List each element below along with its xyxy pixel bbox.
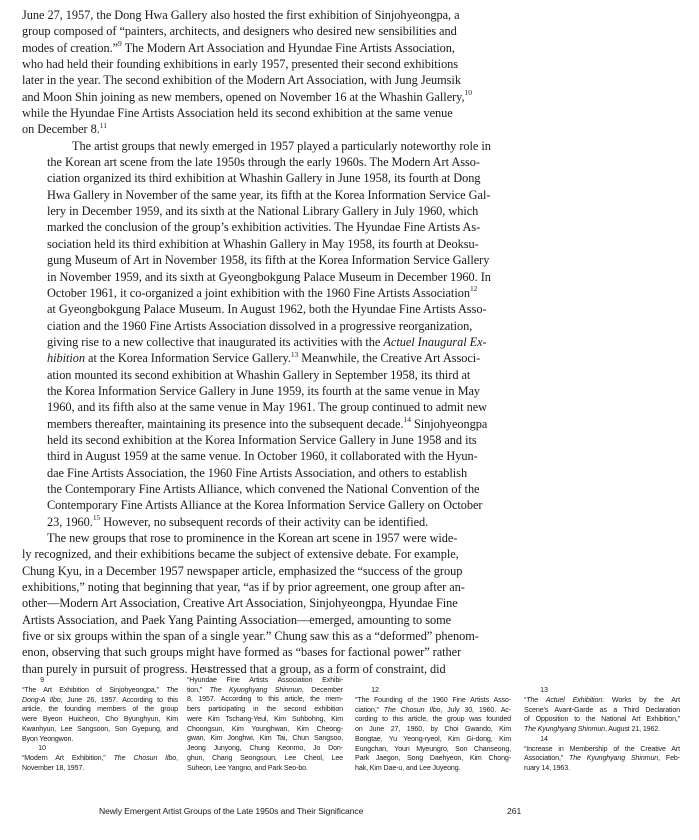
text-segment: 23, 1960. — [47, 515, 93, 529]
exhibition-title: Actuel Inaugural Ex- — [383, 335, 486, 349]
footnote-line: “Hyundae Fine Artists Association Exhibi… — [187, 676, 343, 686]
footnote-11: 11 “Hyundae Fine Artists Association Exh… — [187, 666, 343, 773]
text-line: ation mounted its second exhibition at W… — [22, 367, 369, 383]
footnote-line: hak, Kim Dae-u, and Lee Juyeong. — [355, 764, 511, 774]
paragraph-3: The new groups that rose to prominence i… — [22, 530, 369, 677]
footnote-line: Park Jaegon, Song Daehyeon, Kim Chong- — [355, 754, 511, 764]
text-segment: Association,” — [524, 754, 569, 762]
footnote-9: 9 “The Art Exhibition of Sinjohyeongpa,”… — [22, 676, 178, 744]
text-segment: , August 21, 1962. — [605, 725, 660, 733]
text-line: 1960, and its fifth also at the same ven… — [22, 399, 369, 415]
footnote-column-4: 13 “The Actuel Exhibition: Works by the … — [524, 686, 680, 774]
text-line: Artists Association, and Paek Yang Paint… — [22, 612, 369, 628]
publication-title: The Kyunghyang Shinmun — [210, 686, 302, 694]
text-segment: : Works by the Art — [602, 696, 680, 704]
publication-title: Dong-A Ilbo — [22, 696, 61, 704]
publication-title: The Kyunghyang Shinmun — [569, 754, 658, 762]
publication-title: The Kyunghyang Shinmun — [524, 725, 605, 733]
footnote-line: were Kim Tschang-Yeul, Kim Suhbohng, Kim — [187, 715, 343, 725]
footnote-line: Kwanhyun, Lee Sangsoon, Son Gyepung, and — [22, 725, 178, 735]
text-line: marked the conclusion of the group’s exh… — [22, 219, 369, 235]
text-segment: October 1961, it co-organized a joint ex… — [47, 286, 470, 300]
text-line: and Moon Shin joining as new members, op… — [22, 89, 369, 105]
footnote-number: 11 — [187, 666, 227, 676]
publication-title: The Chosun Ilbo — [114, 754, 177, 762]
footnote-line: “The Actuel Exhibition: Works by the Art — [524, 696, 680, 706]
text-line: hibition at the Korea Information Servic… — [22, 350, 369, 366]
text-segment: Sinjohyeongpa — [411, 417, 487, 431]
text-line: ciation and the 1960 Fine Artists Associ… — [22, 318, 369, 334]
footnote-line: Bongtae, Yu Yeong-ryeol, Kim Gi-dong, Ki… — [355, 735, 511, 745]
footnote-line: were Byeon Huicheon, Cho Byunghyun, Kim — [22, 715, 178, 725]
footnote-line: 8, 1957. According to this article, the … — [187, 695, 343, 705]
page-number: 261 — [507, 806, 521, 816]
text-segment: tion,” — [187, 686, 210, 694]
footnote-line: ruary 14, 1963. — [524, 764, 680, 774]
text-line: gung Museum of Art in November 1958, its… — [22, 252, 369, 268]
footnote-line: “Increase in Membership of the Creative … — [524, 745, 680, 755]
text-line: 23, 1960.15 However, no subsequent recor… — [22, 514, 369, 530]
footnote-number: 12 — [355, 686, 395, 696]
footnote-line: “The Founding of the 1960 Fine Artists A… — [355, 696, 511, 706]
text-line: group composed of “painters, architects,… — [22, 23, 369, 39]
publication-title: The Chosun Ilbo — [384, 706, 441, 714]
footnote-line: The Kyunghyang Shinmun, August 21, 1962. — [524, 725, 680, 735]
text-segment: , Feb- — [658, 754, 680, 762]
text-segment: Meanwhile, the Creative Art Associ- — [298, 351, 480, 365]
footnote-line: Dong-A Ilbo, June 26, 1957. According to… — [22, 696, 178, 706]
text-segment: The Modern Art Association and Hyundae F… — [125, 41, 455, 55]
text-line: the Contemporary Fine Artists Alliance, … — [22, 481, 369, 497]
text-line: dae Fine Artists Association, the 1960 F… — [22, 465, 369, 481]
footnote-ref-15[interactable]: 15 — [93, 513, 100, 522]
text-line: members thereafter, maintaining its pres… — [22, 416, 369, 432]
text-segment: “The Art Exhibition of Sinjohyeongpa,” — [22, 686, 166, 694]
text-line: Hwa Gallery in November of the same year… — [22, 187, 369, 203]
footnote-line: of Opposition to the National Art Exhibi… — [524, 715, 680, 725]
footnote-line: gwan, Kim Jonghwi, Kim Tai, Chun Sangsoo… — [187, 734, 343, 744]
text-segment: , June 26, 1957. According to this — [61, 696, 178, 704]
text-line: third in August 1959 at the same venue. … — [22, 448, 369, 464]
footnote-line: “The Art Exhibition of Sinjohyeongpa,” T… — [22, 686, 178, 696]
footnote-line: Jeong Junyong, Chung Keonmo, Jo Don- — [187, 744, 343, 754]
footnote-column-3: 12 “The Founding of the 1960 Fine Artist… — [355, 686, 511, 774]
footnote-line: Suheon, Lee Yangno, and Park Seo-bo. — [187, 764, 343, 774]
text-line: lery in December 1959, and its sixth at … — [22, 203, 369, 219]
paragraph-1: June 27, 1957, the Dong Hwa Gallery also… — [22, 7, 369, 138]
footnote-column-2: 11 “Hyundae Fine Artists Association Exh… — [187, 666, 343, 773]
text-line: the Korea Information Service Gallery in… — [22, 383, 369, 399]
text-segment: “Modern Art Exhibition,” — [22, 754, 114, 762]
text-line: June 27, 1957, the Dong Hwa Gallery also… — [22, 7, 369, 23]
text-segment: , July 30, 1960. Ac- — [440, 706, 511, 714]
footnote-column-1: 9 “The Art Exhibition of Sinjohyeongpa,”… — [22, 676, 178, 774]
footnote-ref-12[interactable]: 12 — [470, 284, 477, 293]
text-segment: at the Korea Information Service Gallery… — [85, 351, 291, 365]
text-line: later in the year. The second exhibition… — [22, 72, 369, 88]
text-line: who had held their founding exhibitions … — [22, 56, 369, 72]
text-segment: and Moon Shin joining as new members, op… — [22, 90, 465, 104]
text-line: Contemporary Fine Artists Alliance at th… — [22, 497, 369, 513]
text-line: held its second exhibition at the Korea … — [22, 432, 369, 448]
text-line: five or six groups within the span of a … — [22, 628, 369, 644]
text-line: at Gyeongbokgung Palace Museum. In Augus… — [22, 301, 369, 317]
footnote-12: 12 “The Founding of the 1960 Fine Artist… — [355, 686, 511, 774]
text-segment: However, no subsequent records of their … — [100, 515, 428, 529]
footnote-line: ghun, Chang Seongsoun, Lee Cheol, Lee — [187, 754, 343, 764]
footnote-line: Byon Yeongwon. — [22, 735, 178, 745]
footnote-line: on June 27, 1960, by Choi Gwando, Kim — [355, 725, 511, 735]
footnote-line: cording to this article, the group was f… — [355, 715, 511, 725]
running-footer-title: Newly Emergent Artist Groups of the Late… — [99, 806, 363, 816]
text-segment: members thereafter, maintaining its pres… — [47, 417, 404, 431]
text-line: exhibitions,” noting that beginning that… — [22, 579, 369, 595]
footnote-number: 10 — [22, 744, 62, 754]
text-line: on December 8.11 — [22, 121, 369, 137]
exhibition-title: The Actuel Exhibition — [526, 696, 602, 704]
footnote-line: “Modern Art Exhibition,” The Chosun Ilbo… — [22, 754, 178, 764]
text-segment: modes of creation.” — [22, 41, 118, 55]
footnote-ref-14[interactable]: 14 — [404, 415, 411, 424]
text-line: giving rise to a new collective that ina… — [22, 334, 369, 350]
text-line: The new groups that rose to prominence i… — [22, 530, 369, 546]
footnote-ref-13[interactable]: 13 — [291, 350, 298, 359]
main-body-text: June 27, 1957, the Dong Hwa Gallery also… — [22, 7, 369, 677]
text-line: enon, observing that such groups might h… — [22, 644, 369, 660]
footnotes-section: 9 “The Art Exhibition of Sinjohyeongpa,”… — [22, 666, 682, 796]
footnote-line: tion,” The Kyunghyang Shinmun, December — [187, 686, 343, 696]
footnote-line: Association,” The Kyunghyang Shinmun, Fe… — [524, 754, 680, 764]
footnote-ref-9[interactable]: 9 — [118, 39, 122, 48]
footnote-number: 13 — [524, 686, 564, 696]
footnote-line: Eungchan, Youn Myeungro, Son Chanseong, — [355, 745, 511, 755]
footnote-10: 10 “Modern Art Exhibition,” The Chosun I… — [22, 744, 178, 773]
text-line: other—Modern Art Association, Creative A… — [22, 595, 369, 611]
text-line: in November 1959, and its sixth at Gyeon… — [22, 269, 369, 285]
text-line: sociation held its third exhibition at W… — [22, 236, 369, 252]
text-line: the Korean art scene from the late 1950s… — [22, 154, 369, 170]
footnote-line: Scene’s Avant-Garde as a Third Declarati… — [524, 706, 680, 716]
footnote-ref-10[interactable]: 10 — [465, 88, 472, 97]
paragraph-2: The artist groups that newly emerged in … — [22, 138, 369, 530]
text-segment: , December — [302, 686, 343, 694]
text-line: ciation organized its third exhibition a… — [22, 170, 369, 186]
exhibition-title: hibition — [47, 351, 85, 365]
footnote-ref-11[interactable]: 11 — [100, 121, 107, 130]
text-line: while the Hyundae Fine Artists Associati… — [22, 105, 369, 121]
text-segment: , — [176, 754, 178, 762]
footnote-14: 14 “Increase in Membership of the Creati… — [524, 735, 680, 774]
publication-title: The — [166, 686, 178, 694]
footnote-line: bers participating in the second exhibit… — [187, 705, 343, 715]
footnote-13: 13 “The Actuel Exhibition: Works by the … — [524, 686, 680, 735]
footnote-line: November 18, 1957. — [22, 764, 178, 774]
text-line: Chung Kyu, in a December 1957 newspaper … — [22, 563, 369, 579]
footnote-number: 14 — [524, 735, 564, 745]
text-line: modes of creation.”9 The Modern Art Asso… — [22, 40, 369, 56]
text-segment: on December 8. — [22, 122, 100, 136]
footnote-line: article, the founding members of the gro… — [22, 705, 178, 715]
text-line: The artist groups that newly emerged in … — [22, 138, 369, 154]
footnote-line: Choongsun, Kim Younghwan, Kim Cheong- — [187, 725, 343, 735]
text-line: October 1961, it co-organized a joint ex… — [22, 285, 369, 301]
text-line: ly recognized, and their exhibitions bec… — [22, 546, 369, 562]
text-segment: giving rise to a new collective that ina… — [47, 335, 383, 349]
footnote-number: 9 — [22, 676, 62, 686]
text-segment: ciation,” — [355, 706, 384, 714]
footnote-line: ciation,” The Chosun Ilbo, July 30, 1960… — [355, 706, 511, 716]
